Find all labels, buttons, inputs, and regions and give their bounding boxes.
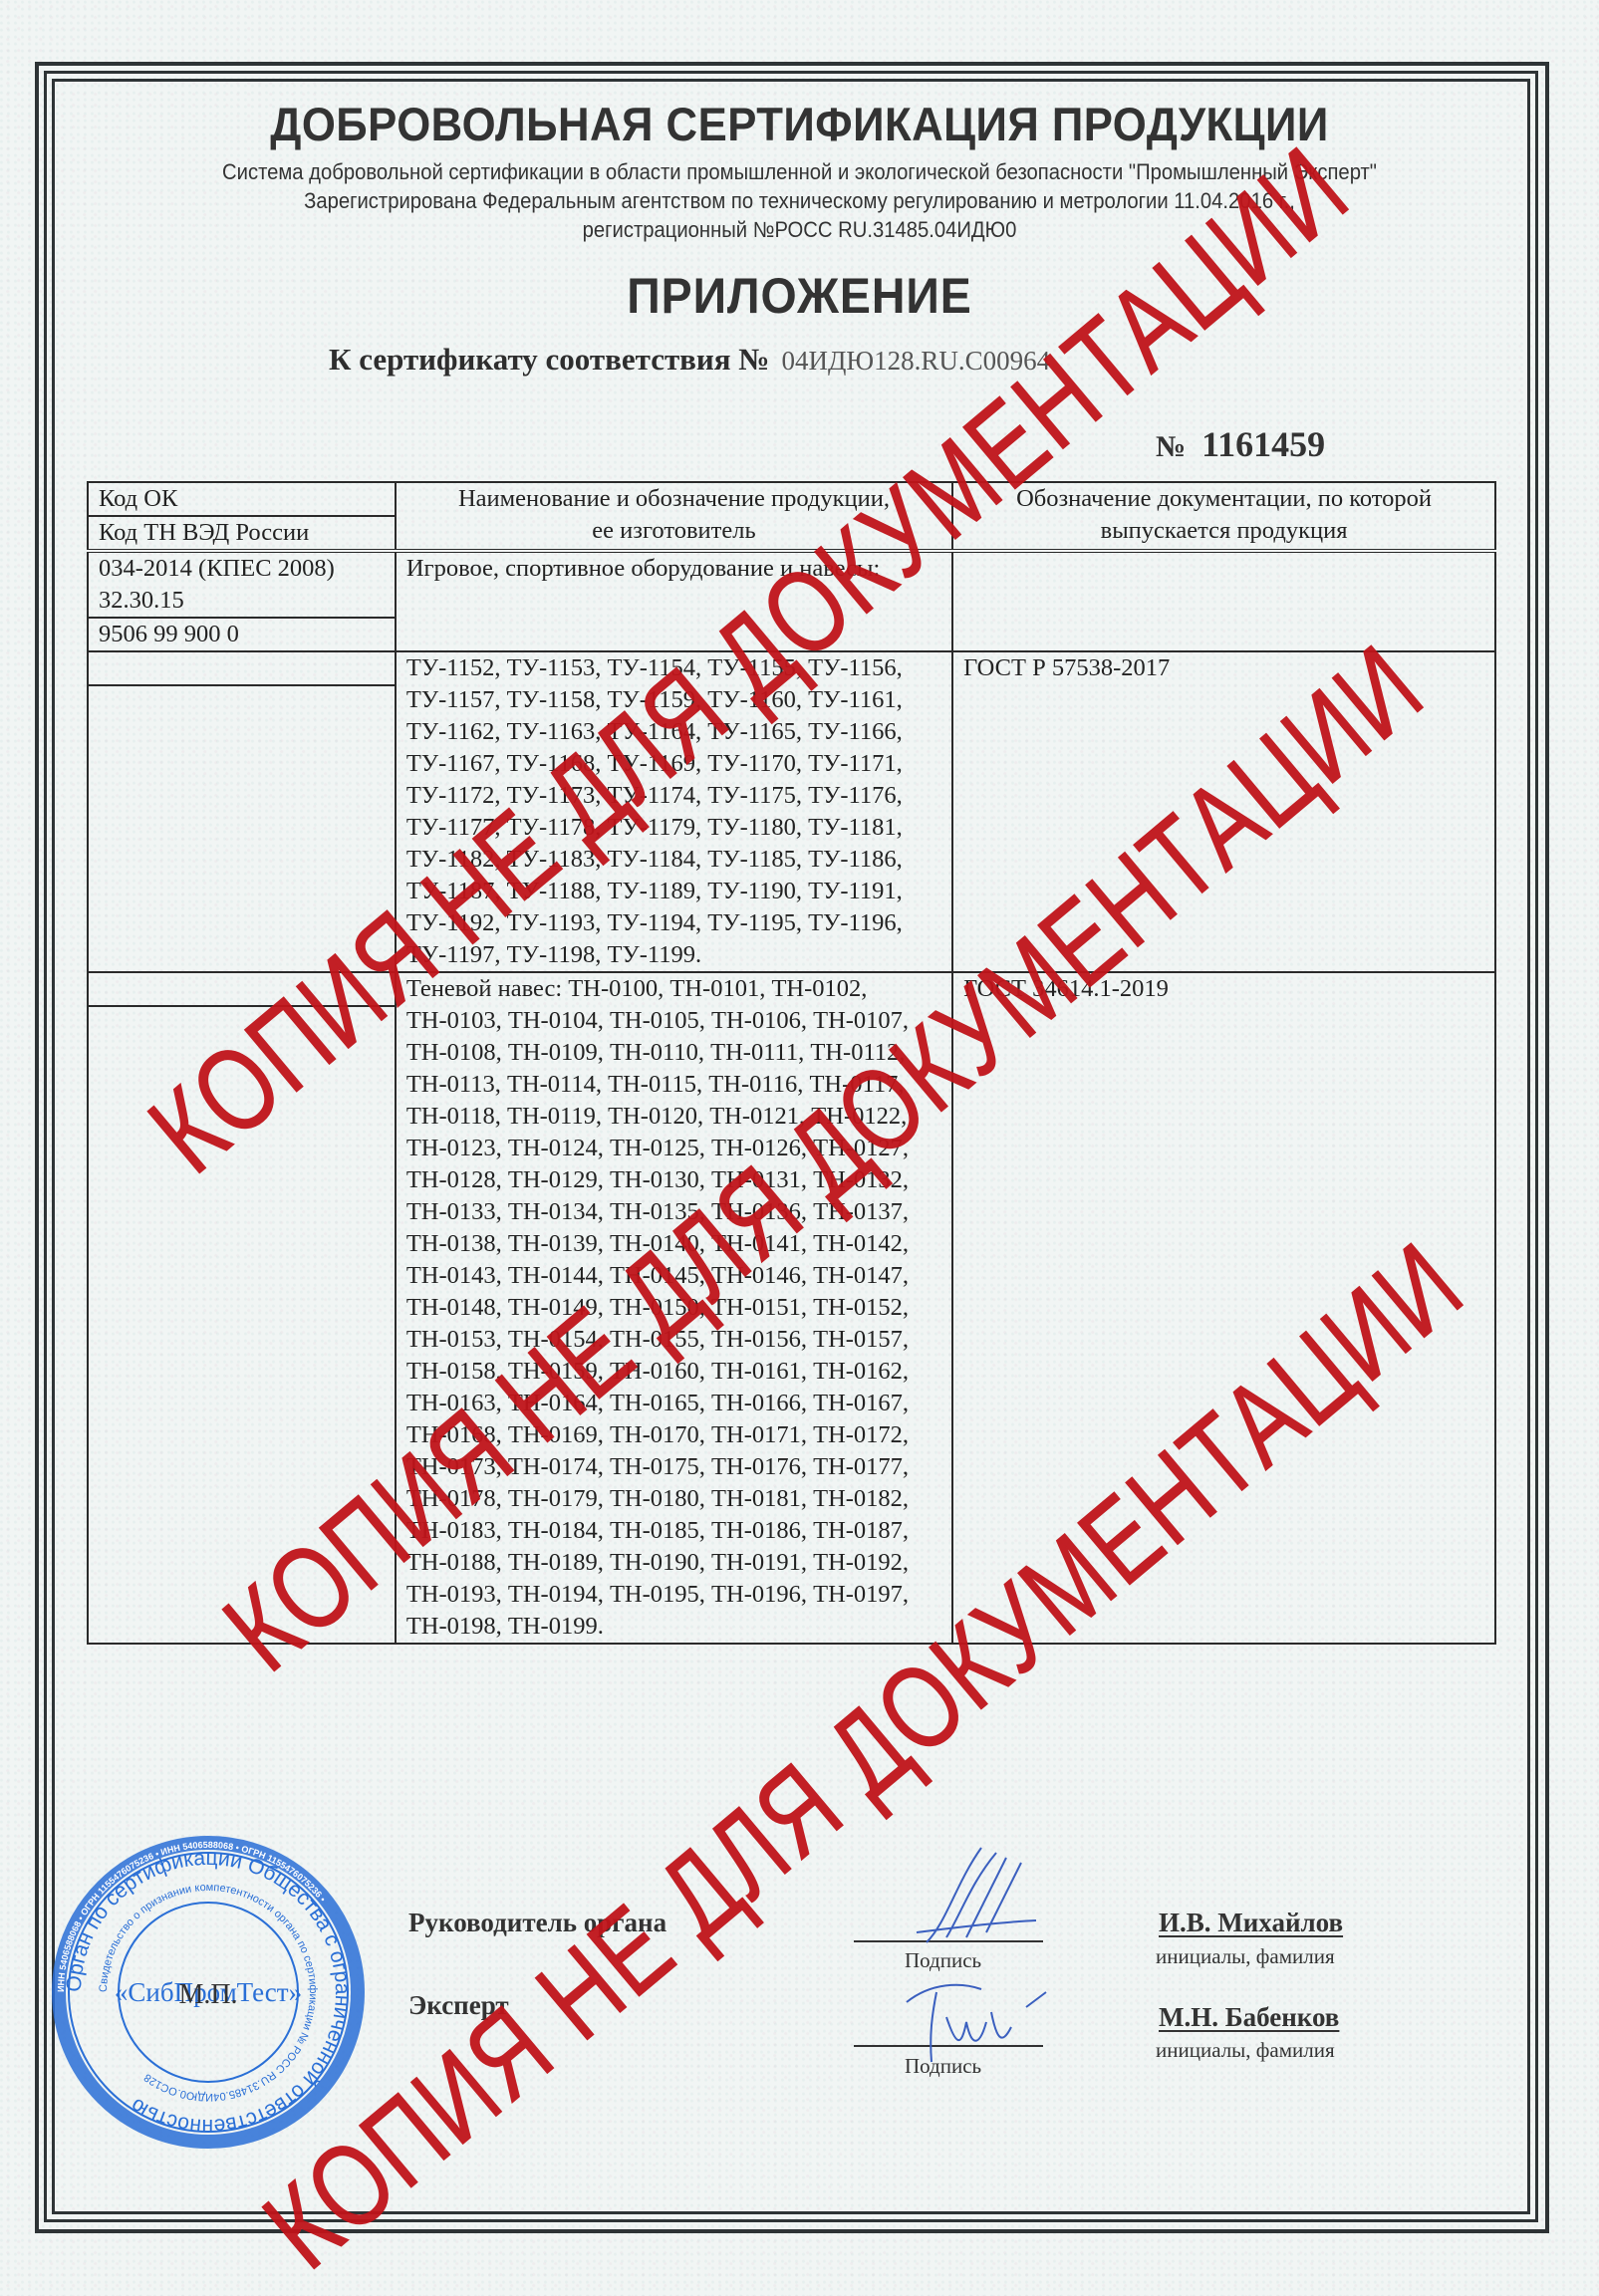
documentation-cell: ГОСТ Р 57538-2017 [952, 651, 1495, 972]
code-tnved-cell: 9506 99 900 0 [89, 619, 395, 650]
product-cell: Теневой навес: ТН-0100, ТН-0101, ТН-0102… [396, 972, 952, 1644]
row-codes [88, 651, 396, 972]
header-product: Наименование и обозначение продукции, ее… [396, 482, 952, 551]
expert-label: Эксперт [408, 1990, 509, 2021]
row-codes: 034-2014 (КПЕС 2008) 32.30.15 9506 99 90… [88, 551, 396, 651]
appendix-title: ПРИЛОЖЕНИЕ [56, 267, 1543, 325]
system-line: Система добровольной сертификации в обла… [64, 159, 1535, 185]
row-codes [88, 972, 396, 1644]
code-ok-cell [89, 973, 395, 1007]
header-code-ok: Код ОК [89, 483, 395, 517]
registered-line: Зарегистрирована Федеральным агентством … [64, 188, 1535, 214]
header-doc-line2: выпускается продукция [963, 515, 1484, 547]
registration-number-line: регистрационный №РОСС RU.31485.04ИДЮ0 [64, 217, 1535, 243]
header-doc-line1: Обозначение документации, по которой [963, 483, 1484, 515]
table-row: ТУ-1152, ТУ-1153, ТУ-1154, ТУ-1155, ТУ-1… [88, 651, 1495, 972]
table-row: Теневой навес: ТН-0100, ТН-0101, ТН-0102… [88, 972, 1495, 1644]
code-ok-cell [89, 652, 395, 686]
expert-name: М.Н. Бабенков [1159, 2002, 1339, 2033]
certificate-number: 04ИДЮ128.RU.C00964 [781, 346, 1050, 376]
signature-scribble-head [887, 1843, 1066, 1952]
documentation-cell: ГОСТ 34614.1-2019 [952, 972, 1495, 1644]
organization-stamp: ИНН 5406588068 • ОГРН 1155476075236 • ИН… [52, 1836, 366, 2150]
serial-number: №1161459 [1156, 423, 1325, 465]
name-caption: инициалы, фамилия [1156, 2038, 1335, 2063]
documentation-cell [952, 551, 1495, 651]
header-codes: Код ОК Код ТН ВЭД России [88, 482, 396, 551]
certificate-reference: К сертификату соответствия №04ИДЮ128.RU.… [329, 342, 1050, 378]
code-ok-line1: 034-2014 (КПЕС 2008) [99, 553, 385, 585]
product-cell: ТУ-1152, ТУ-1153, ТУ-1154, ТУ-1155, ТУ-1… [396, 651, 952, 972]
number-sign: № [1156, 430, 1186, 463]
products-table: Код ОК Код ТН ВЭД России Наименование и … [87, 481, 1496, 1645]
header-documentation: Обозначение документации, по которой вып… [952, 482, 1495, 551]
header-code-tnved: Код ТН ВЭД России [89, 517, 395, 549]
table-row: 034-2014 (КПЕС 2008) 32.30.15 9506 99 90… [88, 551, 1495, 651]
table-header-row: Код ОК Код ТН ВЭД России Наименование и … [88, 482, 1495, 551]
product-cell: Игровое, спортивное оборудование и навес… [396, 551, 952, 651]
code-ok-line2: 32.30.15 [99, 585, 385, 617]
head-of-body-name: И.В. Михайлов [1159, 1908, 1343, 1938]
code-ok-cell: 034-2014 (КПЕС 2008) 32.30.15 [89, 553, 395, 619]
certificate-ref-label: К сертификату соответствия № [329, 342, 769, 377]
name-caption: инициалы, фамилия [1156, 1944, 1335, 1969]
document-title: ДОБРОВОЛЬНАЯ СЕРТИФИКАЦИЯ ПРОДУКЦИИ [56, 97, 1543, 151]
head-of-body-label: Руководитель органа [408, 1908, 666, 1938]
header-product-line2: ее изготовитель [406, 515, 941, 547]
serial-value: 1161459 [1201, 424, 1325, 464]
signature-scribble-expert [902, 1977, 1081, 2067]
mp-label: М.П. [178, 1979, 237, 2010]
header-product-line1: Наименование и обозначение продукции, [406, 483, 941, 515]
